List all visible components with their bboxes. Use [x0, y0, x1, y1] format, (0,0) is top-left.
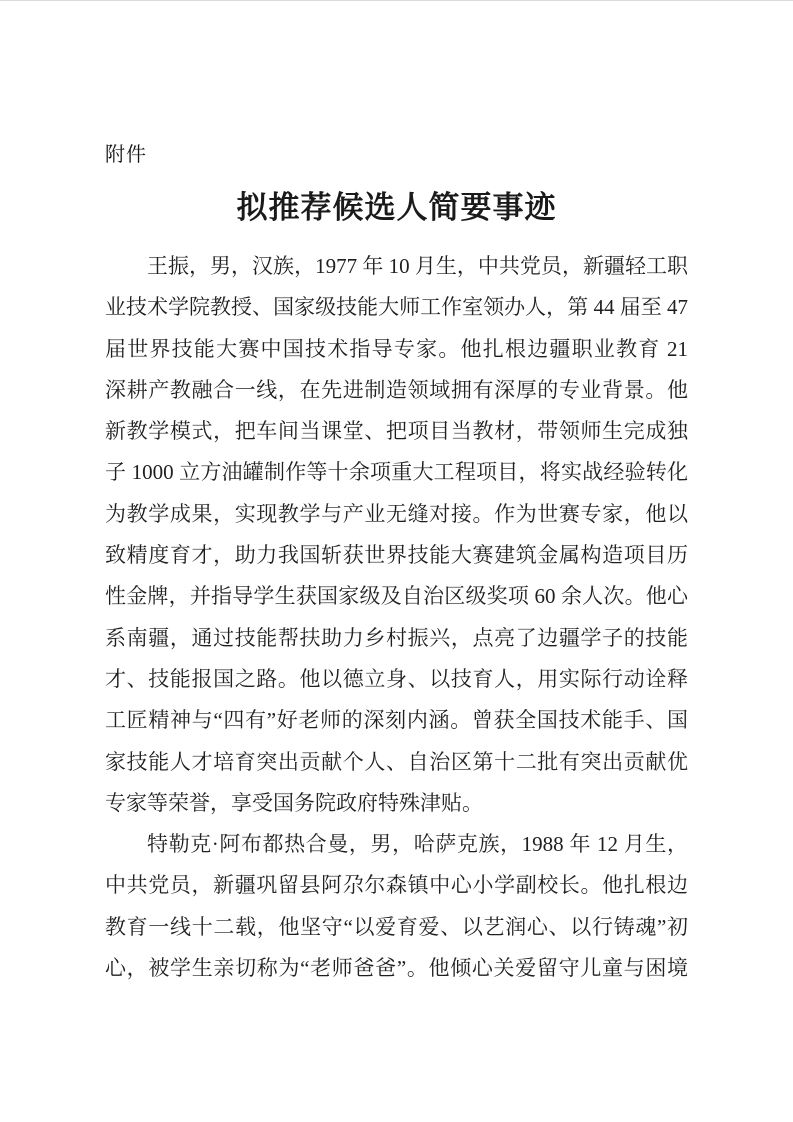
body-line: 中共党员，新疆巩留县阿尕尔森镇中心小学副校长。他扎根边疆	[105, 865, 688, 906]
body-line: 业技术学院教授、国家级技能大师工作室领办人，第 44 届至 47	[105, 287, 688, 328]
paragraph-2: 特勒克·阿布都热合曼，男，哈萨克族，1988 年 12 月生， 中共党员，新疆巩…	[105, 824, 688, 989]
body-line: 系南疆，通过技能帮扶助力乡村振兴，点亮了边疆学子的技能成	[105, 618, 688, 659]
document-title: 拟推荐候选人简要事迹	[105, 188, 688, 228]
body-line: 教育一线十二载，他坚守“以爱育爱、以艺润心、以行铸魂”初	[105, 907, 688, 948]
body-line: 王振，男，汉族，1977 年 10 月生，中共党员，新疆轻工职	[105, 246, 688, 287]
attachment-label: 附件	[105, 144, 147, 166]
body-line: 新教学模式，把车间当课堂、把项目当教材，带领师生完成独山	[105, 411, 688, 452]
page-top-border	[0, 0, 793, 1]
body-line: 心，被学生亲切称为“老师爸爸”。他倾心关爱留守儿童与困境	[105, 948, 688, 989]
body-line: 家技能人才培育突出贡献个人、自治区第十二批有突出贡献优秀	[105, 742, 688, 783]
body-line: 子 1000 立方油罐制作等十余项重大工程项目，将实战经验转化	[105, 452, 688, 493]
body-line: 为教学成果，实现教学与产业无缝对接。作为世赛专家，他以极	[105, 494, 688, 535]
document-body: 王振，男，汉族，1977 年 10 月生，中共党员，新疆轻工职 业技术学院教授、…	[105, 246, 688, 989]
body-line: 深耕产教融合一线，在先进制造领域拥有深厚的专业背景。他创	[105, 370, 688, 411]
document-page: 附件 拟推荐候选人简要事迹 王振，男，汉族，1977 年 10 月生，中共党员，…	[0, 0, 793, 1122]
body-line: 专家等荣誉，享受国务院政府特殊津贴。	[105, 783, 688, 824]
body-line: 才、技能报国之路。他以德立身、以技育人，用实际行动诠释了	[105, 659, 688, 700]
body-line: 性金牌，并指导学生获国家级及自治区级奖项 60 余人次。他心	[105, 576, 688, 617]
paragraph-1: 王振，男，汉族，1977 年 10 月生，中共党员，新疆轻工职 业技术学院教授、…	[105, 246, 688, 824]
body-line: 工匠精神与“四有”好老师的深刻内涵。曾获全国技术能手、国	[105, 700, 688, 741]
body-line: 致精度育才，助力我国斩获世界技能大赛建筑金属构造项目历史	[105, 535, 688, 576]
body-line: 届世界技能大赛中国技术指导专家。他扎根边疆职业教育 21 年，	[105, 329, 688, 370]
body-line: 特勒克·阿布都热合曼，男，哈萨克族，1988 年 12 月生，	[105, 824, 688, 865]
